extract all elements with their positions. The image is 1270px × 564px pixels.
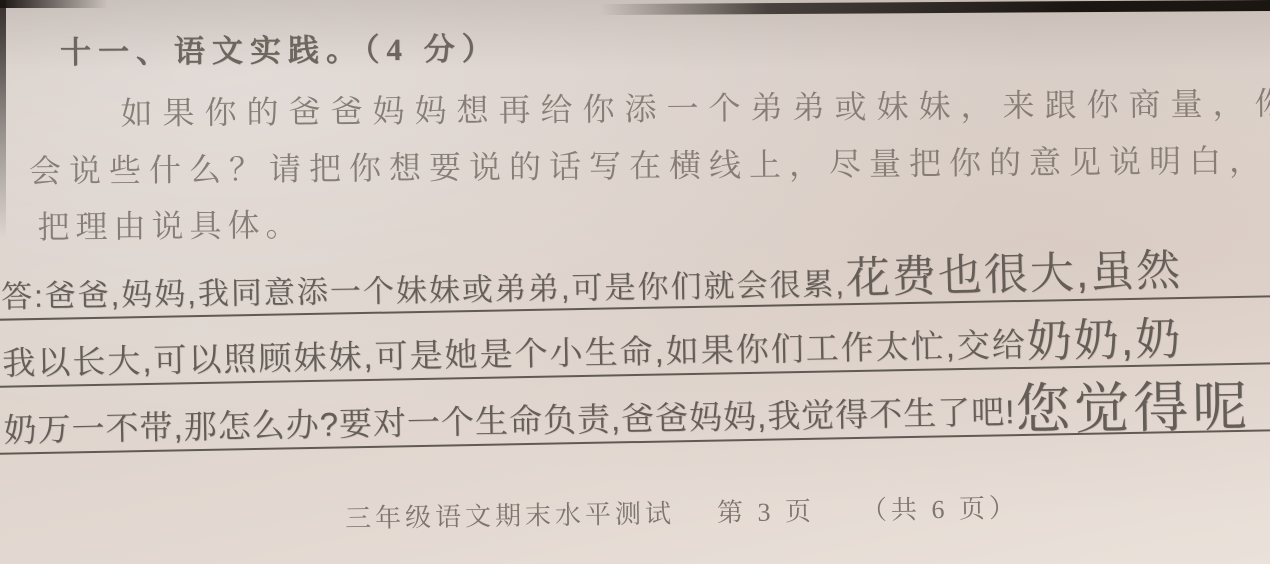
answer-line-1-emphasis: 花费也很大,虽然 <box>845 234 1183 306</box>
footer-test-name: 三年级语文期末水平测试 <box>345 493 676 535</box>
section-title: 十一、语文实践。（4 分） <box>60 23 500 72</box>
question-text-line-3: 把理由说具体。 <box>37 200 303 248</box>
exam-paper-photo: 十一、语文实践。（4 分） 如果你的爸爸妈妈想再给你添一个弟弟或妹妹，来跟你商量… <box>0 0 1270 564</box>
answer-line-3-emphasis: 您觉得呢 <box>1015 362 1252 444</box>
question-text-line-1: 如果你的爸爸妈妈想再给你添一个弟弟或妹妹，来跟你商量，你 <box>120 78 1270 134</box>
answer-line-2-emphasis: 奶奶,奶 <box>1026 302 1183 370</box>
footer-page-number: 第 3 页 <box>717 491 816 530</box>
handwritten-answer-block: 答:爸爸,妈妈,我同意添一个妹妹或弟弟,可是你们就会很累, 花费也很大,虽然 我… <box>0 230 1270 455</box>
footer-total-pages: （共 6 页） <box>861 488 1020 527</box>
question-text-line-2: 会说些什么？请把你想要说的话写在横线上，尽量把你的意见说明白， <box>29 135 1269 192</box>
